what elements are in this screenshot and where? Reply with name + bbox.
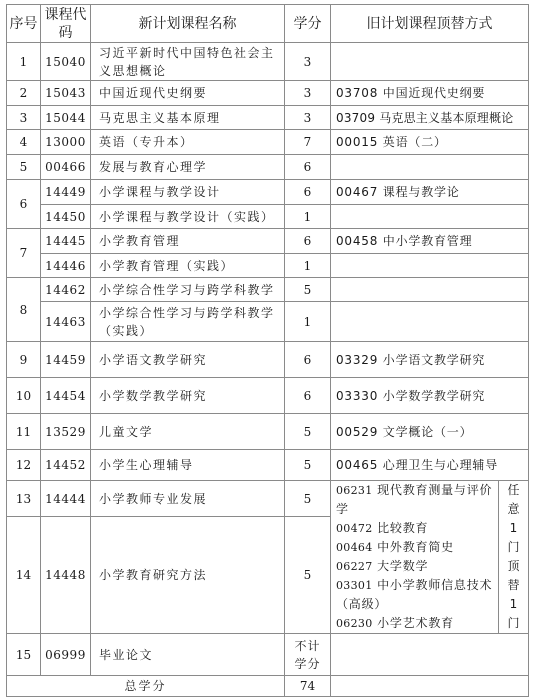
rule-char: 1 <box>499 595 528 614</box>
course-credits: 3 <box>285 81 331 106</box>
total-credits: 74 <box>285 676 331 697</box>
course-code: 14452 <box>41 450 91 481</box>
course-code: 06999 <box>41 634 91 676</box>
rule-char: 顶 <box>499 557 528 576</box>
old-plan-replacement: 03708 中国近现代史纲要 <box>331 81 529 106</box>
row-no: 7 <box>7 229 41 278</box>
old-plan-replacement <box>331 278 529 302</box>
course-name: 小学教育研究方法 <box>91 517 285 634</box>
old-plan-replacement <box>331 254 529 278</box>
total-label: 总学分 <box>7 676 285 697</box>
table-row: 8 14462 小学综合性学习与跨学科教学 5 <box>7 278 529 302</box>
course-name: 毕业论文 <box>91 634 285 676</box>
table-row: 9 14459 小学语文教学研究 6 03329 小学语文教学研究 <box>7 342 529 378</box>
table-row: 4 13000 英语（专升本） 7 00015 英语（二） <box>7 130 529 155</box>
table-row: 7 14445 小学教育管理 6 00458 中小学教育管理 <box>7 229 529 254</box>
table-row: 15 06999 毕业论文 不计学分 <box>7 634 529 676</box>
header-code: 课程代码 <box>41 5 91 43</box>
course-code: 14454 <box>41 378 91 414</box>
row-no: 9 <box>7 342 41 378</box>
course-name: 马克思主义基本原理 <box>91 106 285 130</box>
course-credits: 3 <box>285 106 331 130</box>
rule-char: 门 <box>499 538 528 557</box>
course-credits: 6 <box>285 229 331 254</box>
row-no: 14 <box>7 517 41 634</box>
course-credits: 6 <box>285 155 331 180</box>
old-option: 06227 大学数学 <box>336 557 498 576</box>
course-name: 小学教育管理 <box>91 229 285 254</box>
table-row: 6 14449 小学课程与教学设计 6 00467 课程与教学论 <box>7 180 529 205</box>
rule-char: 替 <box>499 576 528 595</box>
course-replacement-table: 序号 课程代码 新计划课程名称 学分 旧计划课程顶替方式 1 15040 习近平… <box>6 4 529 697</box>
table-row: 14450 小学课程与教学设计（实践） 1 <box>7 205 529 229</box>
row-no: 15 <box>7 634 41 676</box>
old-plan-replacement: 00467 课程与教学论 <box>331 180 529 205</box>
table-row: 2 15043 中国近现代史纲要 3 03708 中国近现代史纲要 <box>7 81 529 106</box>
row-no: 5 <box>7 155 41 180</box>
course-credits: 5 <box>285 517 331 634</box>
old-option: 00472 比较教育 <box>336 519 498 538</box>
row-no: 11 <box>7 414 41 450</box>
course-credits: 5 <box>285 414 331 450</box>
total-empty-cell <box>331 676 529 697</box>
course-code: 14463 <box>41 302 91 342</box>
header-credits: 学分 <box>285 5 331 43</box>
course-name: 中国近现代史纲要 <box>91 81 285 106</box>
header-old-plan: 旧计划课程顶替方式 <box>331 5 529 43</box>
course-credits: 5 <box>285 278 331 302</box>
old-plan-replacement <box>331 155 529 180</box>
course-credits: 6 <box>285 378 331 414</box>
course-name: 小学生心理辅导 <box>91 450 285 481</box>
header-name: 新计划课程名称 <box>91 5 285 43</box>
course-name: 小学综合性学习与跨学科教学 <box>91 278 285 302</box>
row-no: 6 <box>7 180 41 229</box>
course-name: 发展与教育心理学 <box>91 155 285 180</box>
row-no: 3 <box>7 106 41 130</box>
course-name: 小学教育管理（实践） <box>91 254 285 278</box>
row-no: 2 <box>7 81 41 106</box>
replacement-rule: 任 意 1 门 顶 替 1 门 <box>499 481 529 634</box>
course-name: 英语（专升本） <box>91 130 285 155</box>
course-name: 小学数学教学研究 <box>91 378 285 414</box>
old-plan-options-list: 06231 现代教育测量与评价学 00472 比较教育 00464 中外教育简史… <box>331 481 499 634</box>
row-no: 4 <box>7 130 41 155</box>
course-name: 小学课程与教学设计 <box>91 180 285 205</box>
rule-char: 意 <box>499 500 528 519</box>
course-name: 习近平新时代中国特色社会主义思想概论 <box>91 43 285 81</box>
old-plan-replacement <box>331 634 529 676</box>
course-credits: 5 <box>285 481 331 517</box>
course-credits: 6 <box>285 342 331 378</box>
course-code: 13000 <box>41 130 91 155</box>
old-plan-replacement: 03709 马克思主义基本原理概论 <box>331 106 529 130</box>
rule-char: 任 <box>499 481 528 500</box>
course-name: 小学综合性学习与跨学科教学（实践） <box>91 302 285 342</box>
old-option: 03301 中小学教师信息技术（高级） <box>336 576 498 614</box>
course-credits: 3 <box>285 43 331 81</box>
old-plan-replacement: 00465 心理卫生与心理辅导 <box>331 450 529 481</box>
course-code: 15040 <box>41 43 91 81</box>
course-credits: 5 <box>285 450 331 481</box>
course-name: 小学教师专业发展 <box>91 481 285 517</box>
table-row: 1 15040 习近平新时代中国特色社会主义思想概论 3 <box>7 43 529 81</box>
course-code: 14445 <box>41 229 91 254</box>
course-credits: 1 <box>285 254 331 278</box>
table-row: 10 14454 小学数学教学研究 6 03330 小学数学教学研究 <box>7 378 529 414</box>
row-no: 12 <box>7 450 41 481</box>
course-credits: 1 <box>285 302 331 342</box>
old-option: 06230 小学艺术教育 <box>336 614 498 633</box>
old-option: 00464 中外教育简史 <box>336 538 498 557</box>
row-no: 1 <box>7 43 41 81</box>
row-no: 8 <box>7 278 41 342</box>
course-code: 13529 <box>41 414 91 450</box>
course-name: 小学课程与教学设计（实践） <box>91 205 285 229</box>
total-row: 总学分 74 <box>7 676 529 697</box>
row-no: 10 <box>7 378 41 414</box>
old-plan-replacement <box>331 205 529 229</box>
course-credits: 6 <box>285 180 331 205</box>
old-plan-replacement: 03330 小学数学教学研究 <box>331 378 529 414</box>
table-row: 14463 小学综合性学习与跨学科教学（实践） 1 <box>7 302 529 342</box>
row-no: 13 <box>7 481 41 517</box>
old-plan-replacement: 00529 文学概论（一） <box>331 414 529 450</box>
header-no: 序号 <box>7 5 41 43</box>
course-code: 14450 <box>41 205 91 229</box>
table-row: 3 15044 马克思主义基本原理 3 03709 马克思主义基本原理概论 <box>7 106 529 130</box>
header-row: 序号 课程代码 新计划课程名称 学分 旧计划课程顶替方式 <box>7 5 529 43</box>
table-row: 5 00466 发展与教育心理学 6 <box>7 155 529 180</box>
course-code: 15043 <box>41 81 91 106</box>
old-plan-replacement <box>331 302 529 342</box>
old-plan-replacement <box>331 43 529 81</box>
table-row: 11 13529 儿童文学 5 00529 文学概论（一） <box>7 414 529 450</box>
course-code: 14444 <box>41 481 91 517</box>
table-row: 14446 小学教育管理（实践） 1 <box>7 254 529 278</box>
old-plan-replacement: 00015 英语（二） <box>331 130 529 155</box>
rule-char: 1 <box>499 519 528 538</box>
course-code: 14462 <box>41 278 91 302</box>
old-option: 06231 现代教育测量与评价学 <box>336 481 498 519</box>
course-credits: 1 <box>285 205 331 229</box>
course-credits: 不计学分 <box>285 634 331 676</box>
table-row: 13 14444 小学教师专业发展 5 06231 现代教育测量与评价学 004… <box>7 481 529 517</box>
course-name: 儿童文学 <box>91 414 285 450</box>
course-code: 14449 <box>41 180 91 205</box>
course-code: 14459 <box>41 342 91 378</box>
rule-char: 门 <box>499 614 528 633</box>
course-code: 00466 <box>41 155 91 180</box>
table-row: 12 14452 小学生心理辅导 5 00465 心理卫生与心理辅导 <box>7 450 529 481</box>
old-plan-replacement: 00458 中小学教育管理 <box>331 229 529 254</box>
course-credits: 7 <box>285 130 331 155</box>
old-plan-replacement: 03329 小学语文教学研究 <box>331 342 529 378</box>
course-name: 小学语文教学研究 <box>91 342 285 378</box>
course-code: 15044 <box>41 106 91 130</box>
course-code: 14448 <box>41 517 91 634</box>
course-code: 14446 <box>41 254 91 278</box>
